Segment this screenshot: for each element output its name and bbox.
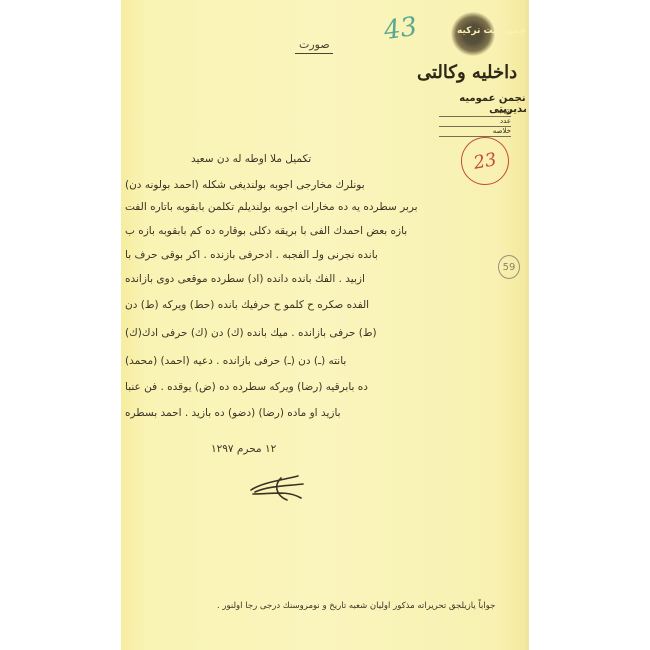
margin-pencil-number: 59	[498, 255, 520, 279]
letterhead-field: شعبه	[439, 107, 511, 117]
signature-icon	[243, 472, 313, 502]
document-date: ١٢ محرم ١٢٩٧	[211, 442, 276, 456]
body-line: ازبيد . الفك بانده دانده (اد) سطرده موقع…	[125, 272, 365, 286]
footer-note: جواباً يازيلجق تحريراته مذكور اوليان شعب…	[217, 601, 495, 611]
body-line: بانته (ـ) دن (ـ) حرفى بازانده . دعيه (اح…	[125, 354, 346, 368]
red-circle-stamp: 23	[457, 133, 513, 189]
addressee-line: تكميل ملا اوطه له دن سعيد	[191, 152, 311, 166]
body-line: بونلرك مخارجى اجوبه بولنديغى شكله (احمد …	[125, 178, 365, 192]
archive-number: 43	[382, 12, 419, 46]
letterhead-field: خلاصه	[439, 127, 511, 137]
body-line: بازيد او ماده (رضا) (دضو) ده بازيد . احم…	[125, 406, 341, 420]
title-underline	[295, 53, 333, 54]
body-line: (ط) حرفى بازانده . ميك بانده (ك) دن (ك) …	[125, 326, 377, 340]
body-line: الفده صكره ح كلمو ح حرفيك بانده (حط) وير…	[125, 298, 369, 312]
document-title: صورت	[299, 38, 330, 51]
body-line: بازه بعض احمدك الفى با بريقه دكلى بوقاره…	[125, 224, 407, 238]
body-line: ده بابرقيه (رضا) ويركه سطرده ده (ض) يوقد…	[125, 380, 368, 394]
document-page: صورت 43 جمهوريت تركيه داخليه وكالتى انجم…	[121, 0, 529, 650]
ministry-name: داخليه وكالتى	[417, 62, 517, 83]
letterhead-field: عدد	[439, 117, 511, 127]
body-line: بانده نجرنى ولـ الفجبه . ادحرفى بازنده .…	[125, 248, 378, 262]
body-line: بربر سطرده يه ده مخارات اجوبه بولنديلم ت…	[125, 200, 418, 214]
seal-text: جمهوريت تركيه	[457, 26, 526, 36]
